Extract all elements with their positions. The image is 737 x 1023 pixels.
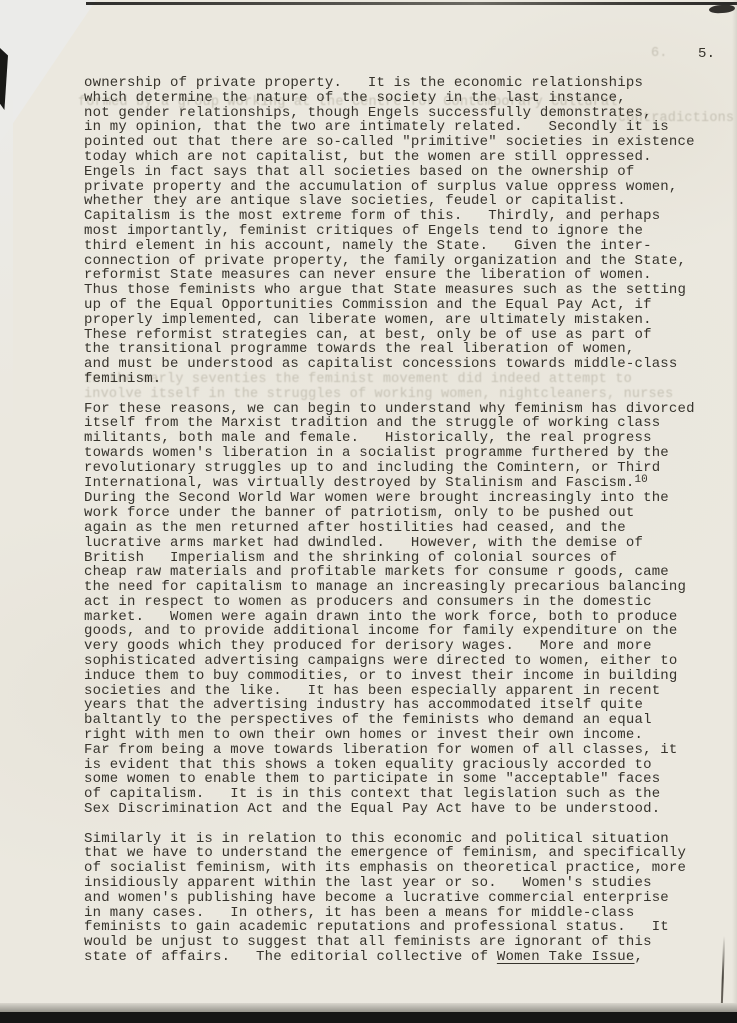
text-line: the need for capitalism to manage an inc… [84, 580, 695, 595]
text-line: During the Second World War women were b… [84, 491, 695, 506]
text-line: induce them to buy commodities, or to in… [84, 669, 695, 684]
text-line: of socialist feminism, with its emphasis… [84, 861, 695, 876]
text-line: Thus those feminists who argue that Stat… [84, 283, 695, 298]
text-line: private property and the accumulation of… [84, 180, 695, 195]
text-line: feminism. [84, 372, 695, 387]
text-line: whether they are antique slave societies… [84, 194, 695, 209]
text-line: goods, and to provide additional income … [84, 624, 695, 639]
text-line: Far from being a move towards liberation… [84, 743, 695, 758]
text-line: and must be understood as capitalist con… [84, 357, 695, 372]
scanned-document-page: 6.formed by a group working at the Centr… [0, 0, 737, 1023]
text-line: ownership of private property. It is the… [84, 76, 695, 91]
text-body: ownership of private property. It is the… [84, 76, 695, 980]
text-line: up of the Equal Opportunities Commission… [84, 298, 695, 313]
text-line: cheap raw materials and profitable marke… [84, 565, 695, 580]
text-line: connection of private property, the fami… [84, 254, 695, 269]
text-line: third element in his account, namely the… [84, 239, 695, 254]
text-line: very goods which they produced for deris… [84, 639, 695, 654]
text-line: Sex Discrimination Act and the Equal Pay… [84, 802, 695, 817]
text-line: most importantly, feminist critiques of … [84, 224, 695, 239]
paragraph: ownership of private property. It is the… [84, 76, 695, 387]
text-line: the transitional programme towards the r… [84, 342, 695, 357]
text-line: itself from the Marxist tradition and th… [84, 416, 695, 431]
text-line: These reformist strategies can, at best,… [84, 328, 695, 343]
text-line: International, was virtually destroyed b… [84, 476, 695, 492]
text-line: and women's publishing have become a luc… [84, 891, 695, 906]
underlined-title: Women Take Issue [497, 949, 635, 965]
text-line: today which are not capitalist, but the … [84, 150, 695, 165]
text-line: some women to enable them to participate… [84, 772, 695, 787]
text-line: baltantly to the perspectives of the fem… [84, 713, 695, 728]
text-line: revolutionary struggles up to and includ… [84, 461, 695, 476]
text-line: that we have to understand the emergence… [84, 846, 695, 861]
text-line: work force under the banner of patriotis… [84, 506, 695, 521]
text-line: reformist State measures can never ensur… [84, 268, 695, 283]
text-line: in many cases. In others, it has been a … [84, 906, 695, 921]
text-line: societies and the like. It has been espe… [84, 684, 695, 699]
text-line: in my opinion, that the two are intimate… [84, 120, 695, 135]
text-line: market. Women were again drawn into the … [84, 610, 695, 625]
text-line: militants, both male and female. Histori… [84, 431, 695, 446]
text-line: pointed out that there are so-called "pr… [84, 135, 695, 150]
text-line: would be unjust to suggest that all femi… [84, 935, 695, 950]
text-line: insidiously apparent within the last yea… [84, 876, 695, 891]
text-line: For these reasons, we can begin to under… [84, 402, 695, 417]
text-line: sophisticated advertising campaigns were… [84, 654, 695, 669]
text-line: right with men to own their own homes or… [84, 728, 695, 743]
footnote-marker: 10 [635, 474, 648, 486]
text-line: again as the men returned after hostilit… [84, 521, 695, 536]
text-line: state of affairs. The editorial collecti… [84, 950, 695, 965]
text-line: of capitalism. It is in this context tha… [84, 787, 695, 802]
paragraph: Similarly it is in relation to this econ… [84, 832, 695, 965]
text-line: which determine the nature of the societ… [84, 91, 695, 106]
text-line: act in respect to women as producers and… [84, 595, 695, 610]
text-line: years that the advertising industry has … [84, 698, 695, 713]
paragraph: For these reasons, we can begin to under… [84, 402, 695, 817]
bleedthrough-text: 6. [651, 47, 668, 62]
text-line: Capitalism is the most extreme form of t… [84, 209, 695, 224]
text-line: properly implemented, can liberate women… [84, 313, 695, 328]
text-line: not gender relationships, though Engels … [84, 106, 695, 121]
page-number: 5. [698, 46, 715, 62]
text-line: lucrative arms market had dwindled. Howe… [84, 536, 695, 551]
text-line: feminists to gain academic reputations a… [84, 920, 695, 935]
text-line: towards women's liberation in a socialis… [84, 446, 695, 461]
text-line: is evident that this shows a token equal… [84, 758, 695, 773]
text-line: Similarly it is in relation to this econ… [84, 832, 695, 847]
text-line: Engels in fact says that all societies b… [84, 165, 695, 180]
text-line: British Imperialism and the shrinking of… [84, 551, 695, 566]
